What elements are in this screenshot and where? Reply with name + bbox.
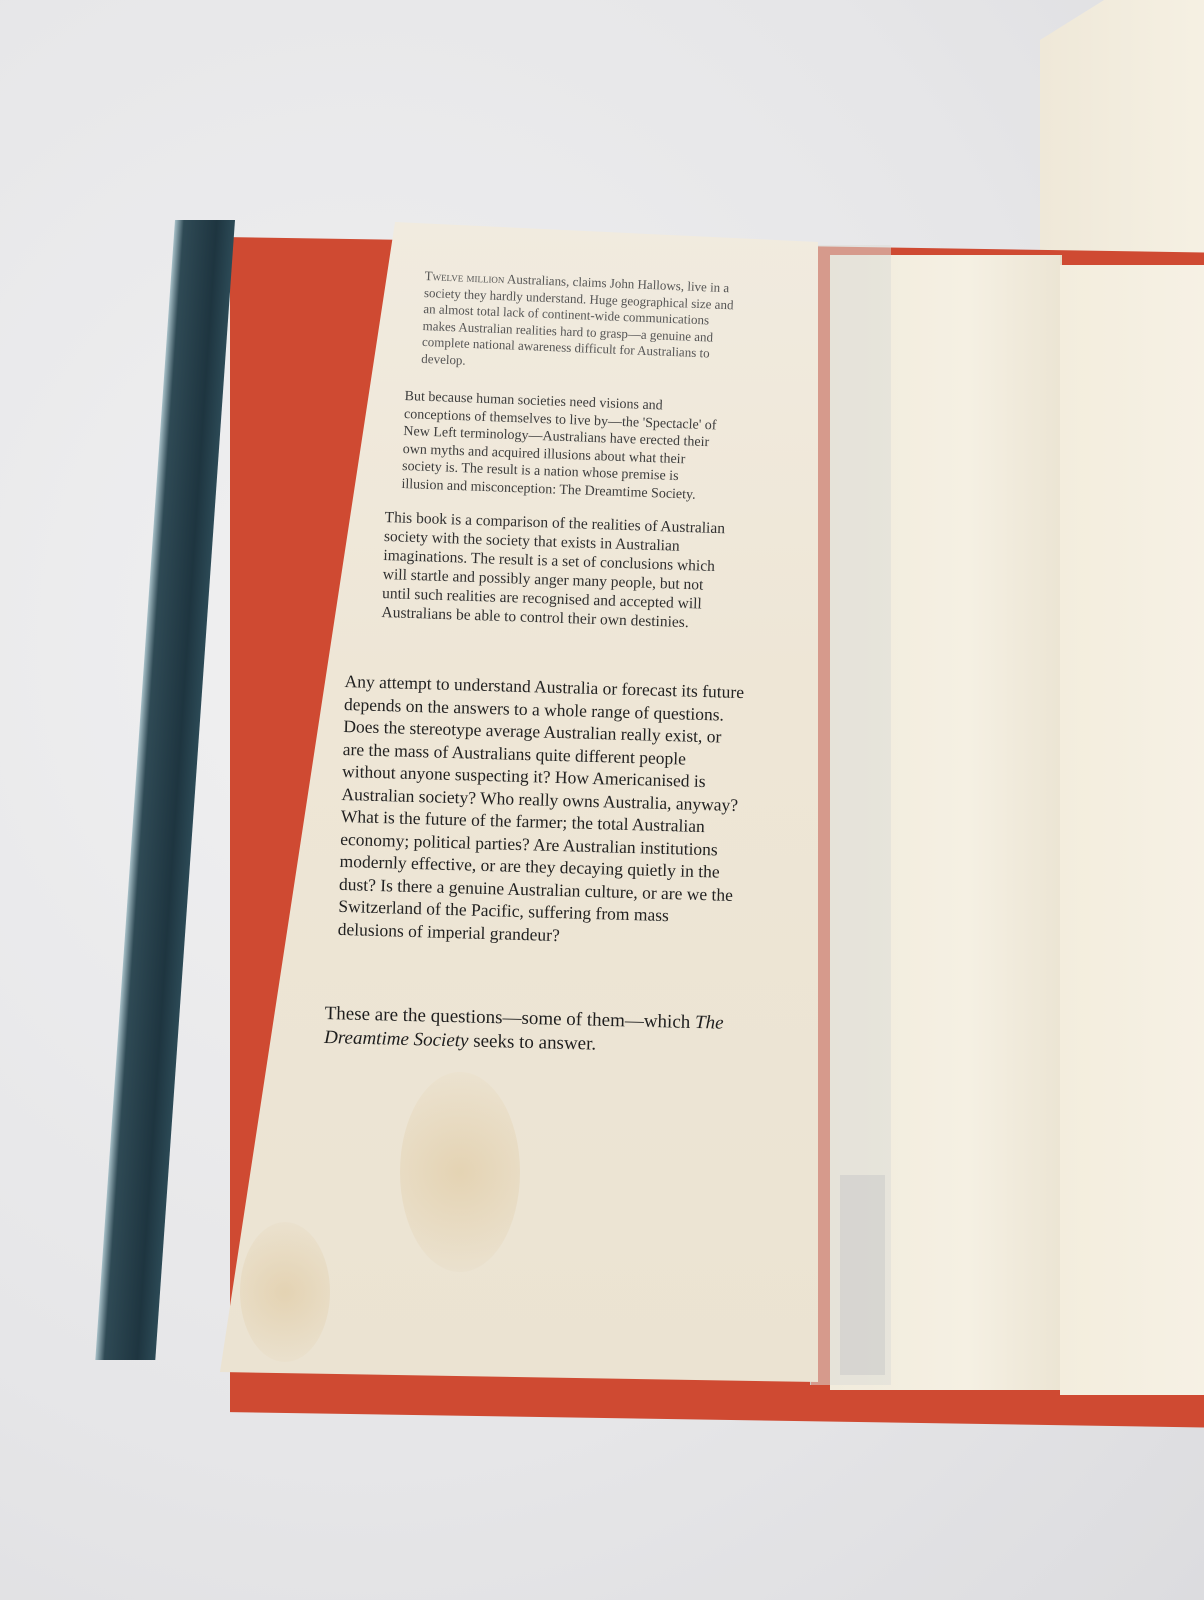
blurb-paragraph-2: But because human societies need visions… bbox=[401, 388, 725, 519]
blurb-paragraph-1: Twelve million Australians, claims John … bbox=[420, 268, 734, 393]
blurb-paragraph-4: Any attempt to understand Australia or f… bbox=[337, 670, 745, 965]
foxing-stain bbox=[240, 1222, 330, 1362]
blurb-paragraph-5: These are the questions—some of them—whi… bbox=[323, 1002, 754, 1074]
foxing-stain bbox=[400, 1072, 520, 1272]
endpaper-right bbox=[1060, 265, 1204, 1395]
lead-smallcaps: Twelve million bbox=[424, 268, 504, 286]
mylar-fold bbox=[840, 1175, 885, 1375]
blurb-paragraph-3: This book is a comparison of the realiti… bbox=[381, 508, 730, 647]
